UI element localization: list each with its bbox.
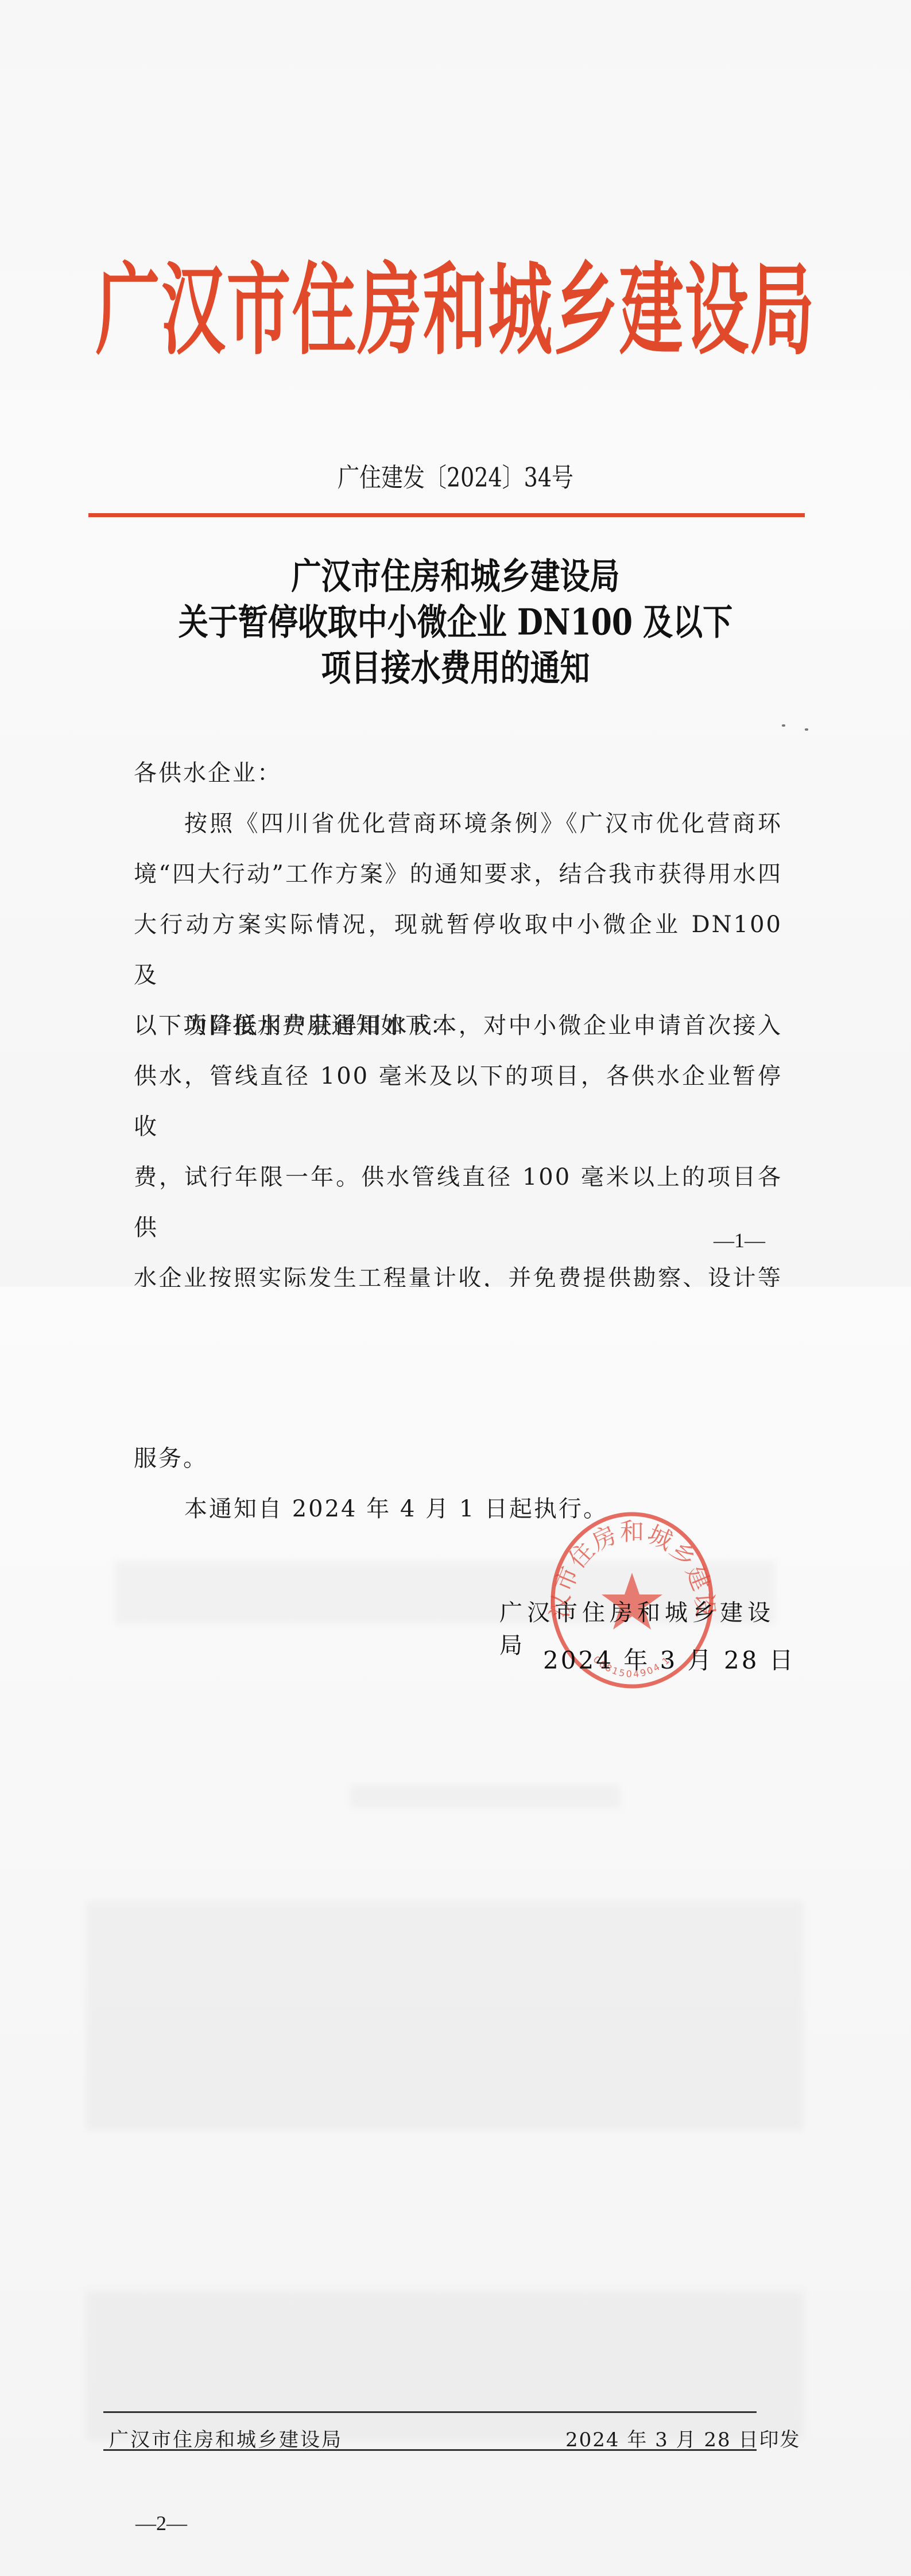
addressee: 各供水企业：: [134, 748, 782, 798]
paragraph-1-line-3: 大行动方案实际情况，现就暂停收取中小微企业 DN100 及: [134, 899, 782, 1000]
bleed-through-title: [86, 1901, 804, 2131]
footer-top-rule: [103, 2411, 757, 2413]
issuer-masthead: 广汉市住房和城乡建设局: [0, 261, 911, 361]
bleed-through-body: [86, 2291, 804, 2441]
scan-speck: [782, 724, 785, 727]
footer-issuer: 广汉市住房和城乡建设局: [109, 2424, 343, 2452]
paragraph-2-line-5: 服务。: [134, 1433, 782, 1484]
page-1: 广汉市住房和城乡建设局 广住建发〔2024〕34号 广汉市住房和城乡建设局 关于…: [0, 0, 911, 1287]
page-number-2: —2—: [135, 2511, 187, 2535]
paragraph-1-line-1: 按照《四川省优化营商环境条例》《广汉市优化营商环: [134, 798, 782, 849]
paragraph-1-line-2: 境“四大行动”工作方案》的通知要求，结合我市获得用水四: [134, 849, 782, 899]
footer-bottom-rule: [103, 2449, 757, 2451]
document-title: 广汉市住房和城乡建设局 关于暂停收取中小微企业 DN100 及以下 项目接水费用…: [0, 554, 911, 692]
paragraph-2-line-2: 供水，管线直径 100 毫米及以下的项目，各供水企业暂停收: [134, 1051, 782, 1152]
signature-date: 2024 年 3 月 28 日: [543, 1642, 796, 1676]
page-number-1: —1—: [714, 1228, 765, 1252]
title-line-3: 项目接水费用的通知: [0, 641, 911, 696]
footer-printed-date: 2024 年 3 月 28 日印发: [565, 2424, 800, 2452]
scan-speck: [805, 728, 808, 731]
paragraph-2-line-1: 为降低用户获得用水成本，对中小微企业申请首次接入: [134, 1000, 782, 1051]
bleed-through-docnum: [350, 1785, 620, 1808]
document-number: 广住建发〔2024〕34号: [0, 456, 911, 494]
paragraph-2-line-3: 费，试行年限一年。供水管线直径 100 毫米以上的项目各供: [134, 1152, 782, 1253]
red-separator-line: [88, 513, 805, 517]
paragraph-2: 为降低用户获得用水成本，对中小微企业申请首次接入 供水，管线直径 100 毫米及…: [134, 1000, 782, 1303]
